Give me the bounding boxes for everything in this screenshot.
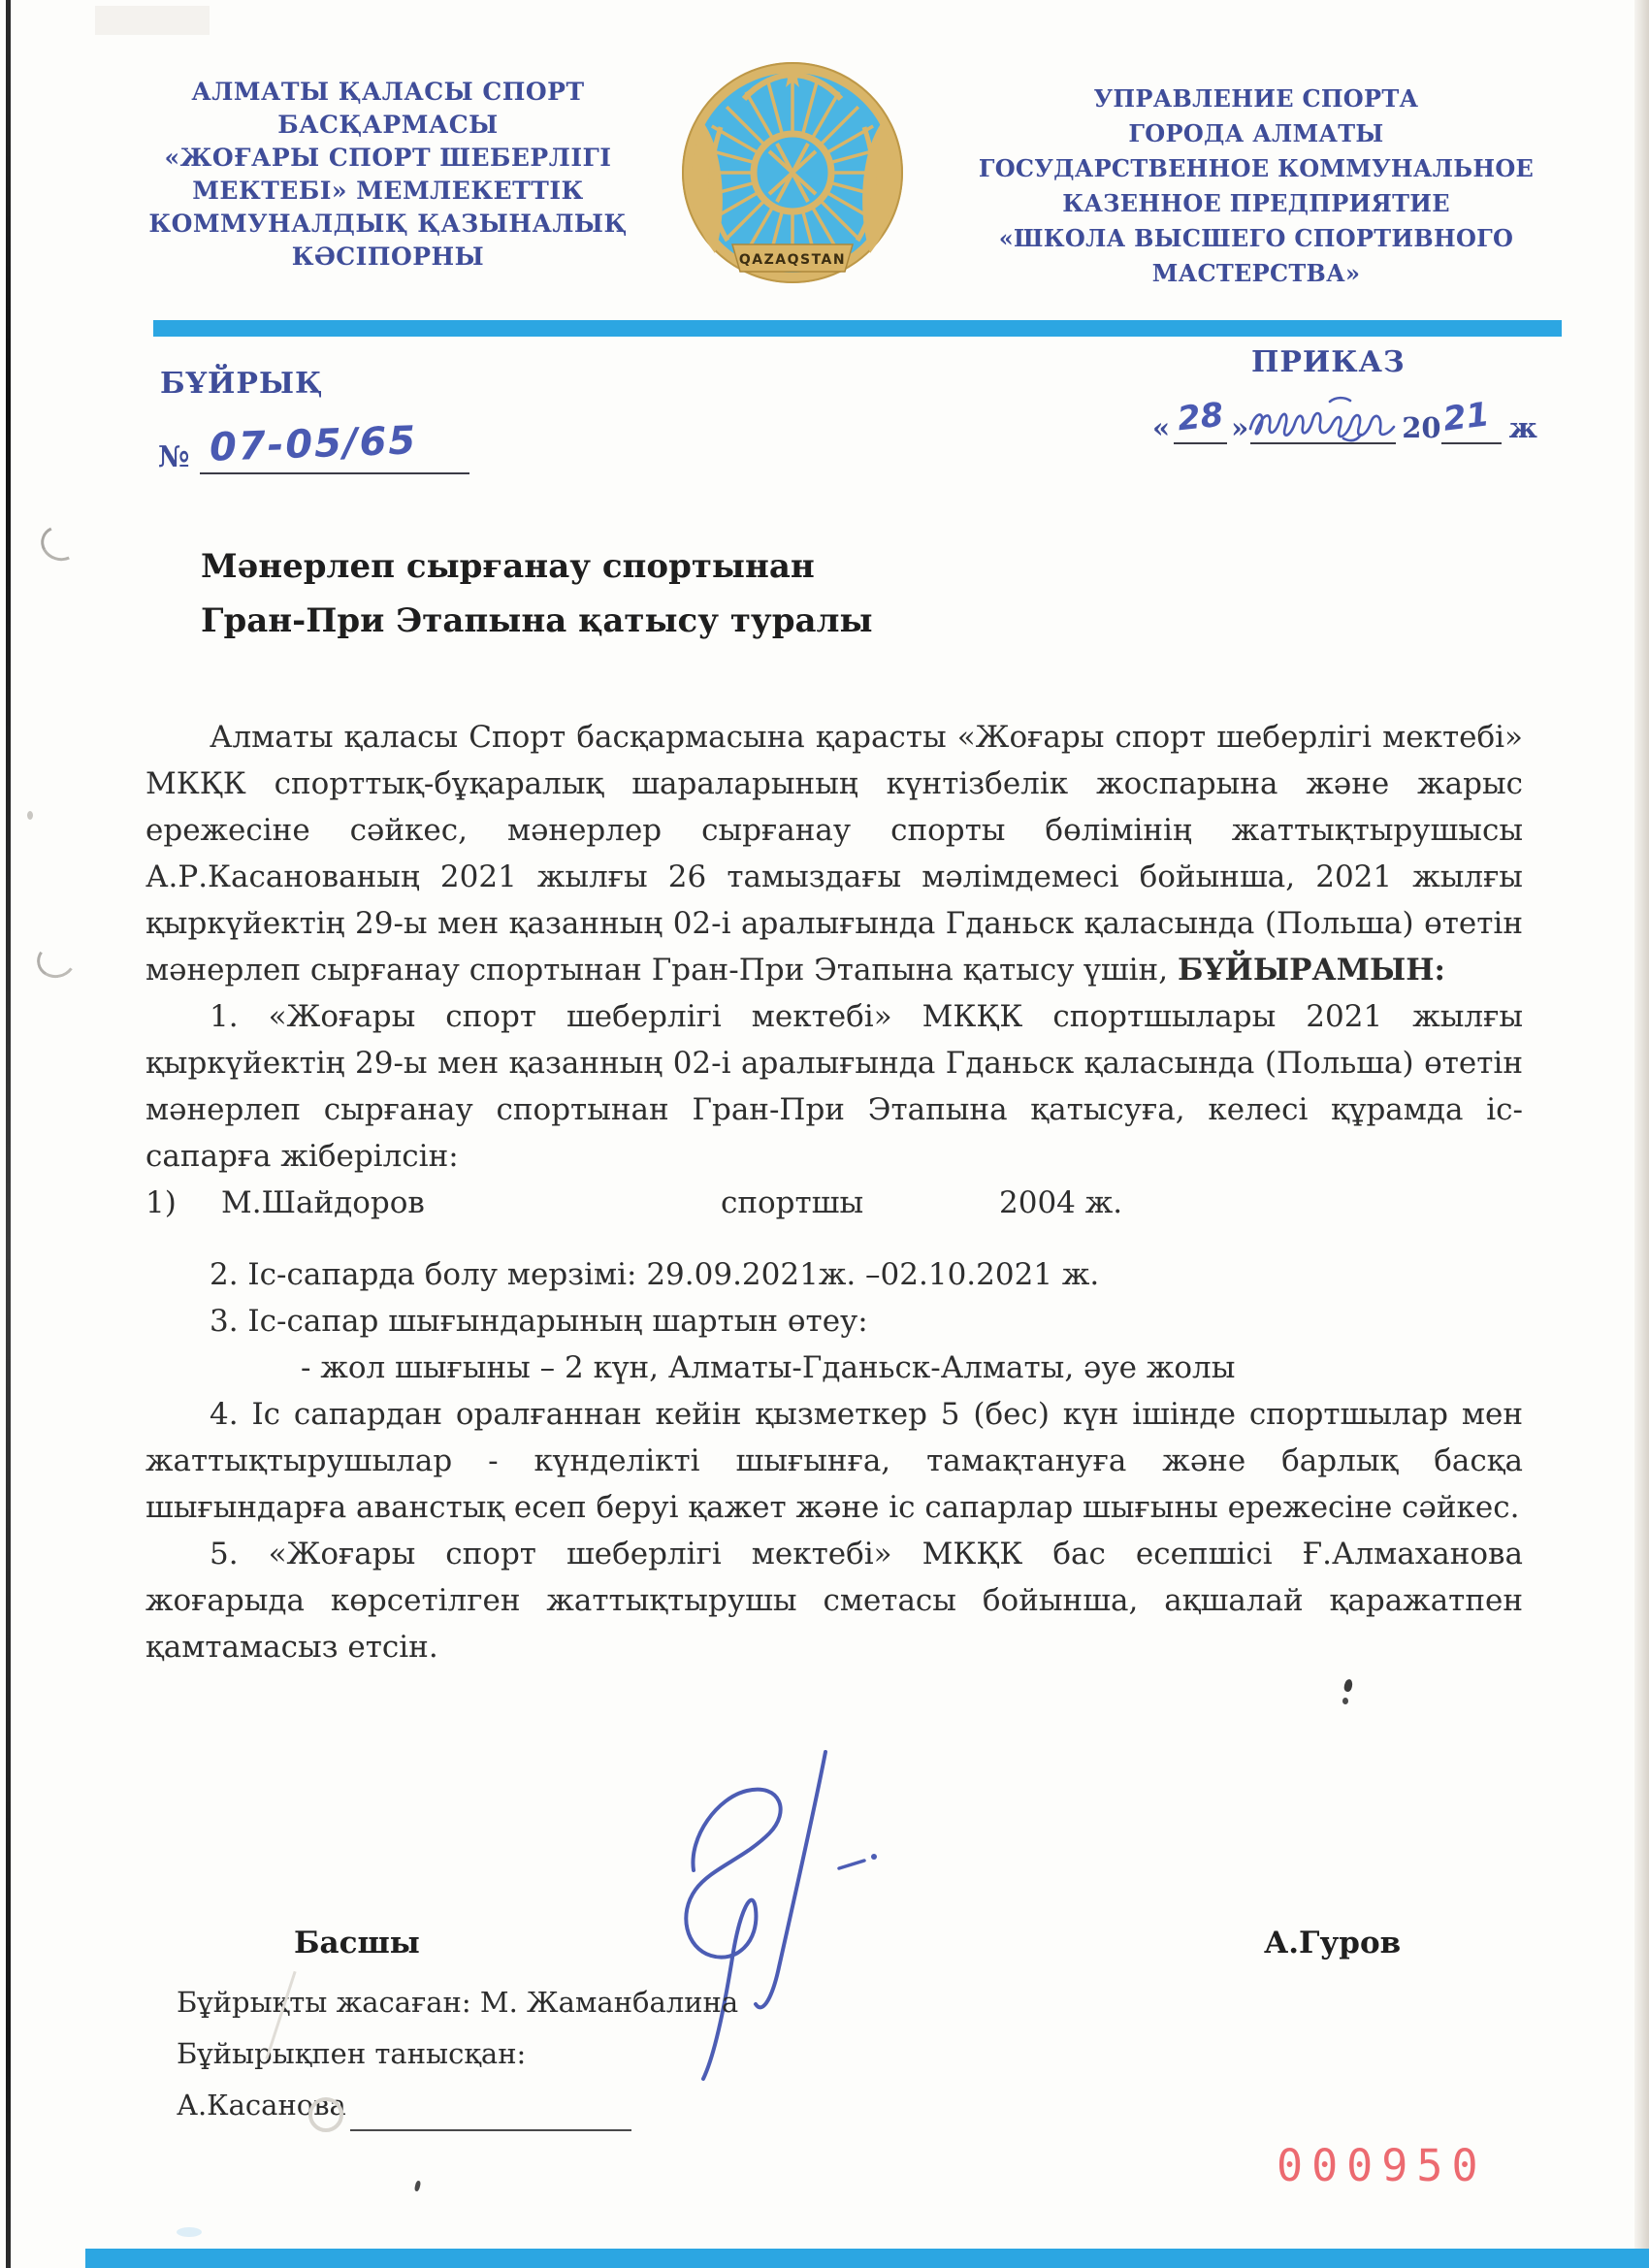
org-kk-line: «ЖОҒАРЫ СПОРТ ШЕБЕРЛІГІ — [131, 142, 645, 175]
binder-mark — [34, 939, 80, 982]
subject-line-1: Мәнерлеп сырғанау спортынан — [201, 539, 873, 594]
day-blank-line: 28 — [1174, 400, 1227, 444]
body-paragraph-1: Алматы қаласы Спорт басқармасына қарасты… — [145, 714, 1523, 993]
org-ru-line: МАСТЕРСТВА» — [965, 256, 1547, 291]
acknowledged-signature-line — [350, 2096, 631, 2131]
body-item-3-sub: - жол шығыны – 2 күн, Алматы-Гданьск-Алм… — [145, 1345, 1523, 1391]
body-paragraph-2: 1. «Жоғары спорт шеберлігі мектебі» МКҚК… — [145, 993, 1523, 1180]
athlete-index: 1) — [145, 1180, 177, 1226]
scan-left-edge — [6, 0, 11, 2268]
signatory-position: Басшы — [294, 1926, 420, 1960]
month-blank-line — [1250, 400, 1396, 444]
order-title-kazakh: БҰЙРЫҚ — [160, 367, 323, 401]
faint-ring-mark — [308, 2097, 343, 2132]
emblem-caption: QAZAQSTAN — [739, 252, 846, 268]
handwritten-month-script — [1246, 390, 1398, 446]
athlete-birth-year: 2004 ж. — [999, 1180, 1122, 1226]
year-suffix: ж — [1509, 411, 1537, 444]
org-kk-line: АЛМАТЫ ҚАЛАСЫ СПОРТ — [131, 76, 645, 109]
scan-speck — [27, 811, 33, 820]
quote-open: « — [1152, 411, 1170, 444]
org-kk-line: БАСҚАРМАСЫ — [131, 109, 645, 142]
number-label: № — [158, 440, 190, 474]
org-name-russian: УПРАВЛЕНИЕ СПОРТА ГОРОДА АЛМАТЫ ГОСУДАРС… — [965, 81, 1547, 291]
subject-line-2: Гран-При Этапына қатысу туралы — [201, 594, 873, 648]
athlete-name: М.Шайдоров — [221, 1180, 425, 1226]
order-number-row: №07-05/65 — [158, 430, 469, 474]
ink-blot — [1343, 1678, 1354, 1692]
acknowledged-label: Бұйырықпен танысқан: — [177, 2028, 738, 2080]
handwritten-year: 21 — [1440, 395, 1491, 438]
org-kk-line: КОММУНАЛДЫҚ ҚАЗЫНАЛЫҚ — [131, 208, 645, 241]
blue-smudge — [177, 2227, 202, 2237]
year-blank-line: 21 — [1441, 400, 1502, 444]
subject-title: Мәнерлеп сырғанау спортынан Гран-При Эта… — [201, 539, 873, 648]
body-item-5: 5. «Жоғары спорт шеберлігі мектебі» МКҚК… — [145, 1531, 1523, 1670]
scan-corner-smudge — [95, 6, 210, 35]
org-ru-line: УПРАВЛЕНИЕ СПОРТА — [965, 81, 1547, 116]
prepared-by-line: Бұйрықты жасаған: М. Жаманбалина — [177, 1977, 738, 2028]
order-title-russian: ПРИКАЗ — [1251, 345, 1406, 379]
header-separator-bar — [153, 320, 1562, 337]
kazakhstan-emblem-icon: QAZAQSTAN — [676, 54, 909, 287]
org-kk-line: КӘСІПОРНЫ — [131, 241, 645, 274]
org-ru-line: ГОСУДАРСТВЕННОЕ КОММУНАЛЬНОЕ — [965, 151, 1547, 186]
handwritten-order-number: 07-05/65 — [209, 418, 418, 470]
scan-right-edge — [1634, 0, 1649, 2268]
body-item-4: 4. Іс сапардан оралғаннан кейін қызметке… — [145, 1391, 1523, 1531]
athlete-row: 1) М.Шайдоров спортшы 2004 ж. — [145, 1180, 1523, 1226]
body-item-2: 2. Іс-сапарда болу мерзімі: 29.09.2021ж.… — [145, 1251, 1523, 1298]
order-date-row: «28» 2021ж — [1152, 400, 1537, 444]
order-body: Алматы қаласы Спорт басқармасына қарасты… — [145, 714, 1523, 1670]
ink-blot — [1342, 1698, 1348, 1704]
paragraph-1-decree-word: БҰЙЫРАМЫН: — [1178, 953, 1445, 988]
org-ru-line: КАЗЕННОЕ ПРЕДПРИЯТИЕ — [965, 186, 1547, 221]
body-item-3: 3. Іс-сапар шығындарының шартын өтеу: — [145, 1298, 1523, 1345]
org-name-kazakh: АЛМАТЫ ҚАЛАСЫ СПОРТ БАСҚАРМАСЫ «ЖОҒАРЫ С… — [131, 76, 645, 274]
athlete-role: спортшы — [721, 1180, 863, 1226]
stray-mark — [414, 2181, 422, 2192]
footer-separator-bar — [85, 2249, 1649, 2268]
acknowledged-row: А.Касанова — [177, 2080, 738, 2131]
number-blank-line: 07-05/65 — [200, 430, 469, 474]
signatory-name: А.Гуров — [1264, 1926, 1401, 1960]
org-ru-line: ГОРОДА АЛМАТЫ — [965, 116, 1547, 151]
org-kk-line: МЕКТЕБІ» МЕМЛЕКЕТТІК — [131, 175, 645, 208]
stamp-number: 000950 — [1277, 2140, 1487, 2191]
binder-mark — [36, 521, 83, 567]
document-footer: Бұйрықты жасаған: М. Жаманбалина Бұйырық… — [177, 1977, 738, 2131]
paragraph-1-text: Алматы қаласы Спорт басқармасына қарасты… — [145, 720, 1523, 988]
org-ru-line: «ШКОЛА ВЫСШЕГО СПОРТИВНОГО — [965, 221, 1547, 256]
handwritten-day: 28 — [1176, 396, 1225, 439]
scanned-order-document: АЛМАТЫ ҚАЛАСЫ СПОРТ БАСҚАРМАСЫ «ЖОҒАРЫ С… — [0, 0, 1649, 2268]
year-printed: 20 — [1402, 411, 1440, 444]
